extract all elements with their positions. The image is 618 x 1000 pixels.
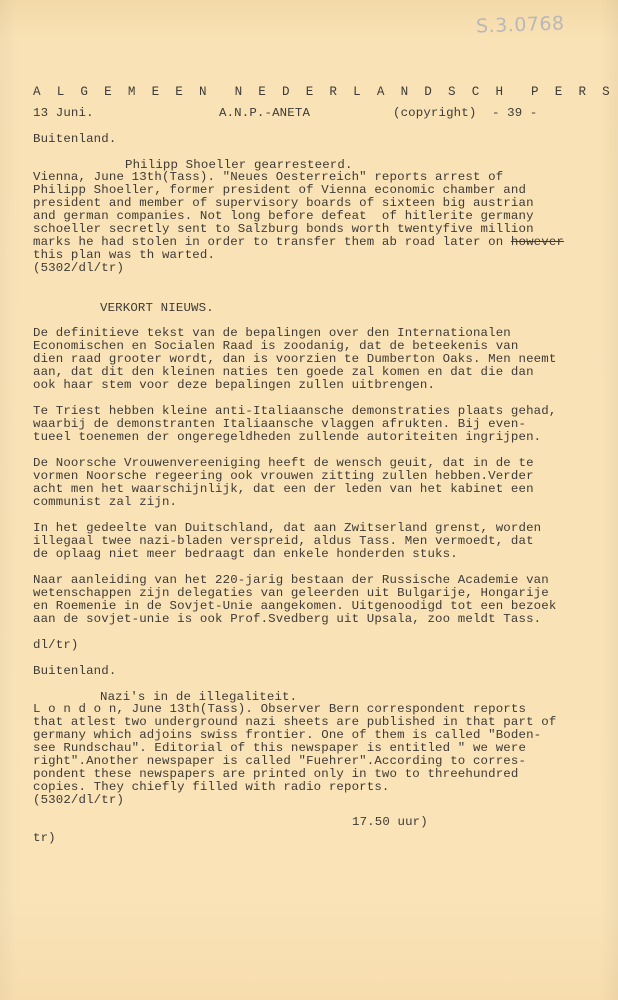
document-page: S.3.0768 A L G E M E E N N E D E R L A N… <box>0 0 618 1000</box>
transmission-time: 17.50 uur) <box>352 816 428 829</box>
reference-code: (5302/dl/tr) <box>33 262 124 275</box>
section-label: Buitenland. <box>33 665 116 678</box>
body-line: communist zal zijn. <box>33 496 177 509</box>
section-heading: VERKORT NIEUWS. <box>100 302 214 315</box>
reference-code: (5302/dl/tr) <box>33 794 124 807</box>
body-line: de oplaag niet meer bedraagt dan enkele … <box>33 548 458 561</box>
copyright-note: (copyright) <box>393 107 476 120</box>
footer-code: tr) <box>33 832 56 845</box>
page-number: - 39 - <box>492 107 538 120</box>
struck-word: however <box>511 235 564 249</box>
archive-stamp: S.3.0768 <box>476 12 565 37</box>
body-text: marks he had stolen in order to transfer… <box>33 235 511 249</box>
date: 13 Juni. <box>33 107 94 120</box>
masthead: A L G E M E E N N E D E R L A N D S C H … <box>33 86 618 99</box>
body-line: tueel toenemen der ongeregeldheden zulle… <box>33 431 541 444</box>
reference-code: dl/tr) <box>33 639 79 652</box>
section-label: Buitenland. <box>33 133 116 146</box>
body-line: aan de sovjet-unie is ook Prof.Svedberg … <box>33 613 541 626</box>
agency: A.N.P.-ANETA <box>219 107 310 120</box>
body-line: ook haar stem voor deze bepalingen zulle… <box>33 379 435 392</box>
